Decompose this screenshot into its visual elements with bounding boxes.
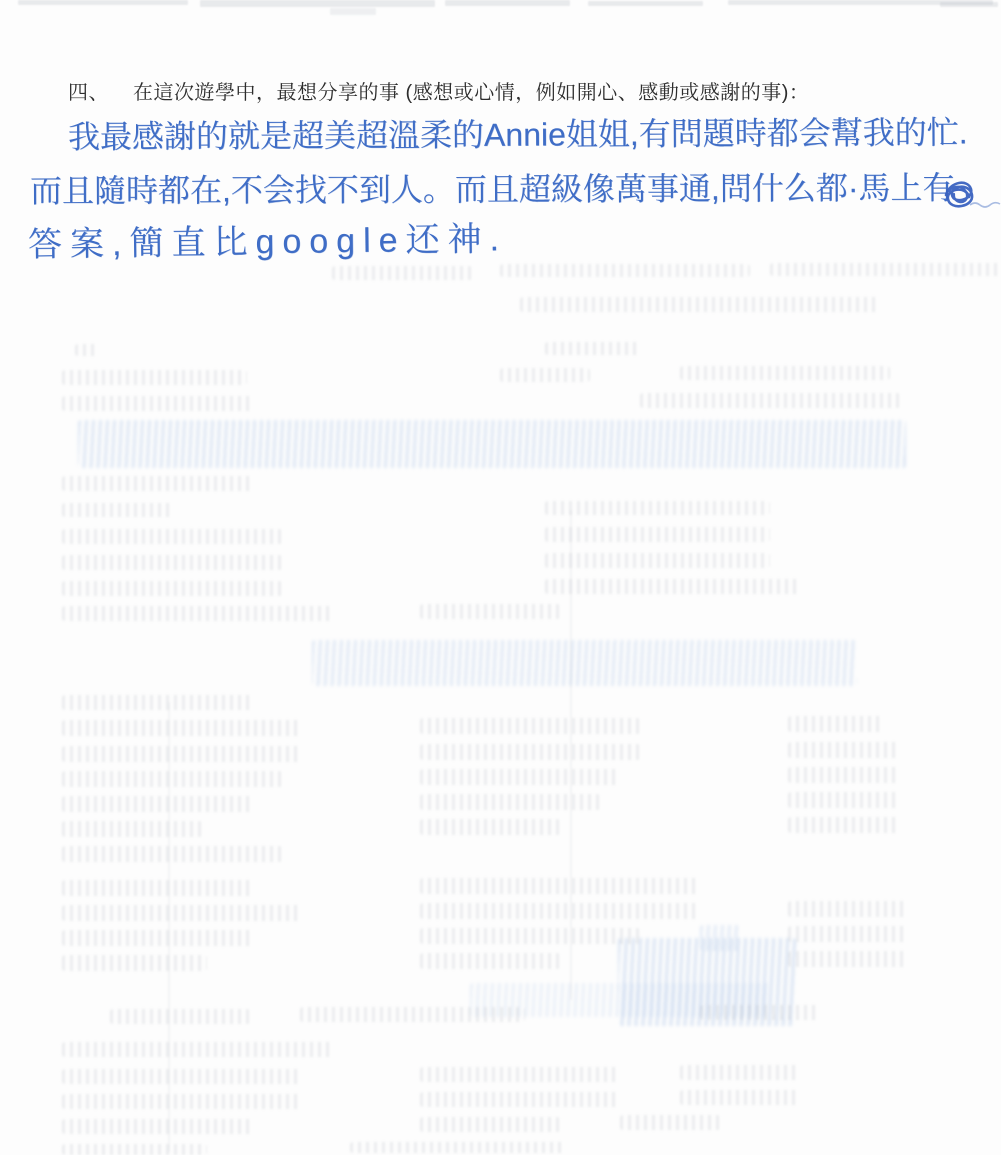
bleed-through-mark	[470, 983, 770, 1017]
bleed-through-mark	[788, 767, 898, 783]
bleed-through-mark	[728, 0, 993, 5]
bleed-through-mark	[788, 716, 883, 732]
bleed-through-mark	[420, 1067, 620, 1082]
bleed-through-mark	[445, 0, 570, 6]
handwritten-line-1: 我最感謝的就是超美超溫柔的Annie姐姐,有問題時都会幫我的忙.	[68, 109, 968, 160]
bleed-through-mark	[62, 695, 252, 710]
bleed-through-mark	[700, 925, 740, 951]
paper-crease	[570, 510, 572, 1000]
bleed-through-mark	[62, 370, 247, 385]
bleed-through-mark	[770, 263, 1000, 276]
bleed-through-mark	[62, 529, 282, 544]
bleed-through-mark	[62, 930, 252, 946]
bleed-through-mark	[62, 955, 207, 971]
bleed-through-mark	[312, 640, 857, 686]
bleed-through-mark	[62, 821, 202, 837]
bleed-through-mark	[62, 503, 172, 517]
bleed-through-mark	[62, 905, 302, 921]
trailing-ink-stroke	[969, 197, 1001, 215]
question-heading: 四、在這次遊學中，最想分享的事 (感想或心情，例如開心、感動或感謝的事)：	[68, 76, 809, 105]
bleed-through-mark	[62, 1119, 252, 1134]
bleed-through-mark	[420, 878, 700, 894]
bleed-through-mark	[62, 1042, 332, 1057]
bleed-through-mark	[332, 266, 472, 280]
bleed-through-mark	[788, 817, 898, 833]
bleed-through-mark	[62, 880, 252, 896]
bleed-through-mark	[420, 928, 640, 944]
bleed-through-mark	[200, 0, 435, 7]
bleed-through-mark	[545, 527, 770, 542]
bleed-through-mark	[62, 846, 282, 862]
bleed-through-mark	[788, 901, 908, 917]
question-text: 在這次遊學中，最想分享的事 (感想或心情，例如開心、感動或感謝的事)：	[133, 82, 809, 104]
bleed-through-mark	[788, 926, 908, 942]
bleed-through-mark	[680, 1065, 800, 1080]
bleed-through-mark	[680, 366, 890, 380]
question-number: 四、	[68, 82, 109, 104]
bleed-through-mark	[788, 792, 898, 808]
bleed-through-mark	[420, 794, 600, 810]
bleed-through-mark	[588, 1, 703, 6]
bleed-through-mark	[700, 1005, 820, 1020]
bleed-through-mark	[620, 1115, 720, 1130]
bleed-through-mark	[18, 0, 188, 5]
bleed-through-mark	[62, 796, 252, 812]
bleed-through-mark	[420, 1092, 620, 1107]
bleed-through-mark	[62, 1144, 207, 1155]
bleed-through-mark	[500, 368, 590, 382]
bleed-through-mark	[420, 604, 560, 619]
bleed-through-mark	[788, 951, 908, 967]
bleed-through-mark	[62, 581, 282, 596]
bleed-through-mark	[75, 344, 97, 356]
bleed-through-mark	[420, 903, 700, 919]
bleed-through-mark	[62, 606, 332, 621]
bleed-through-mark	[62, 746, 302, 762]
bleed-through-mark	[545, 579, 800, 594]
bleed-through-mark	[640, 393, 900, 408]
bleed-through-mark	[420, 819, 560, 835]
bleed-through-mark	[350, 1142, 565, 1153]
bleed-through-mark	[62, 771, 282, 787]
bleed-through-mark	[788, 742, 898, 758]
bleed-through-mark	[500, 264, 750, 277]
bleed-through-mark	[78, 420, 906, 468]
bleed-through-mark	[62, 396, 252, 411]
bleed-through-mark	[62, 1069, 302, 1084]
bleed-through-mark	[520, 297, 880, 312]
bleed-through-mark	[62, 1094, 302, 1109]
bleed-through-mark	[545, 501, 770, 515]
bleed-through-mark	[940, 2, 998, 7]
bleed-through-mark	[420, 769, 620, 785]
bleed-through-mark	[62, 476, 252, 491]
bleed-through-mark	[330, 8, 376, 15]
bleed-through-mark	[110, 1009, 250, 1024]
paper-crease	[168, 702, 170, 1152]
bleed-through-mark	[420, 1117, 560, 1132]
bleed-through-mark	[420, 718, 640, 734]
bleed-through-mark	[545, 553, 770, 568]
handwritten-line-3: 答案,簡直比google还神.	[28, 216, 508, 268]
bleed-through-mark	[420, 744, 640, 760]
handwritten-line-2: 而且隨時都在,不会找不到人。而且超級像萬事通,問什么都·馬上有	[30, 165, 955, 214]
bleed-through-mark	[62, 555, 282, 570]
bleed-through-mark	[680, 1090, 800, 1105]
scanned-questionnaire-page: 四、在這次遊學中，最想分享的事 (感想或心情，例如開心、感動或感謝的事)： 我最…	[0, 0, 1001, 1155]
bleed-through-mark	[618, 938, 796, 1026]
bleed-through-mark	[62, 720, 302, 736]
bleed-through-mark	[300, 1007, 525, 1022]
bleed-through-mark	[545, 342, 640, 355]
bleed-through-mark	[420, 953, 560, 969]
